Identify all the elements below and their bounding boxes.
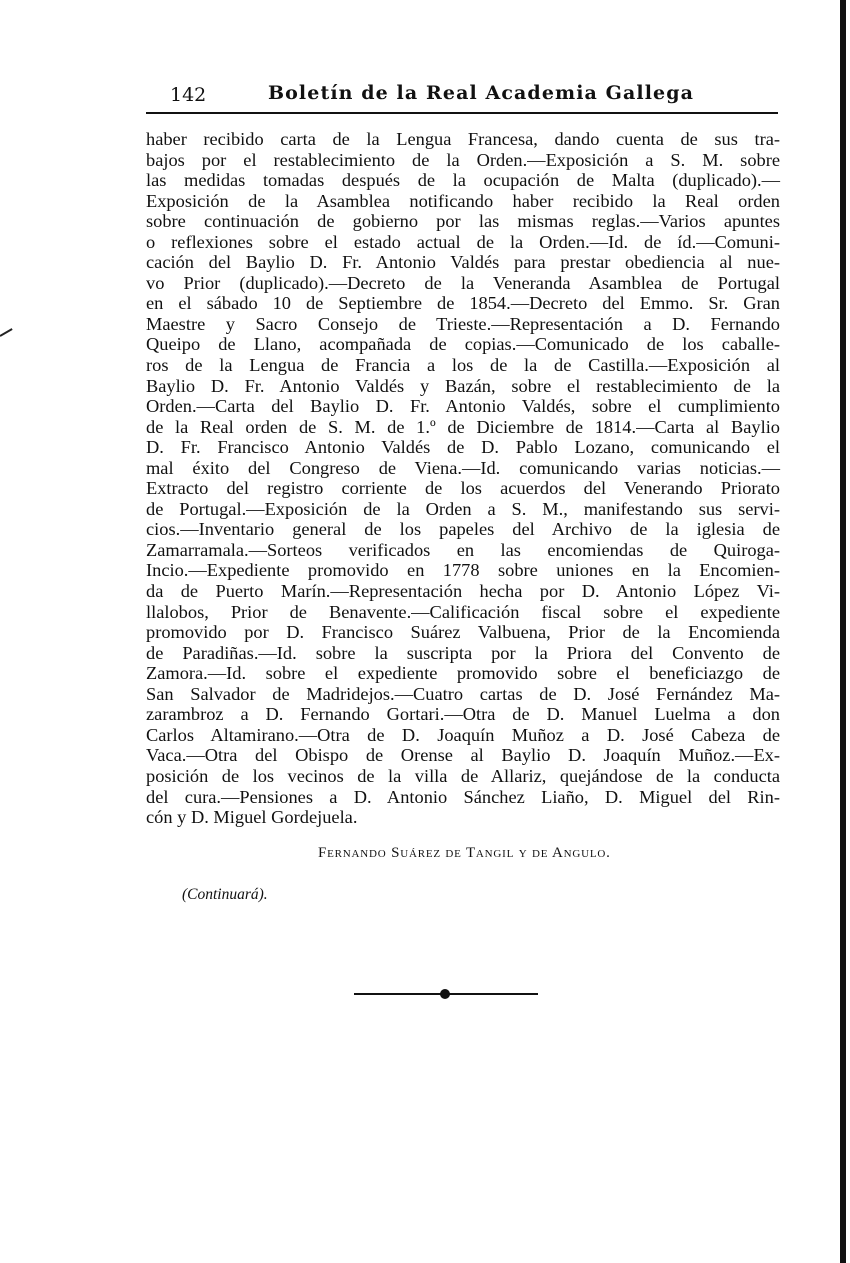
text-line: Carlos Altamirano.—Otra de D. Joaquín Mu… bbox=[146, 725, 780, 746]
continuation-note: (Continuará). bbox=[182, 886, 268, 904]
text-line: cón y D. Miguel Gordejuela. bbox=[146, 807, 780, 828]
header-rule-divider bbox=[146, 112, 778, 114]
running-title: Boletín de la Real Academia Gallega bbox=[268, 82, 694, 104]
text-line: zarambroz a D. Fernando Gortari.—Otra de… bbox=[146, 704, 780, 725]
text-line: Extracto del registro corriente de los a… bbox=[146, 478, 780, 499]
margin-pencil-mark bbox=[0, 328, 13, 337]
text-line: Zamora.—Id. sobre el expediente promovid… bbox=[146, 663, 780, 684]
text-line: Vaca.—Otra del Obispo de Orense al Bayli… bbox=[146, 745, 780, 766]
page-header: 142 Boletín de la Real Academia Gallega bbox=[146, 80, 778, 114]
text-line: de Paradiñas.—Id. sobre la suscripta por… bbox=[146, 643, 780, 664]
text-line: de Portugal.—Exposición de la Orden a S.… bbox=[146, 499, 780, 520]
text-line: llalobos, Prior de Benavente.—Calificaci… bbox=[146, 602, 780, 623]
ornament-divider-icon bbox=[354, 989, 538, 999]
text-line: Queipo de Llano, acompañada de copias.—C… bbox=[146, 334, 780, 355]
text-line: de la Real orden de S. M. de 1.º de Dici… bbox=[146, 417, 780, 438]
text-line: Incio.—Expediente promovido en 1778 sobr… bbox=[146, 560, 780, 581]
scan-edge-border bbox=[840, 0, 846, 1263]
text-line: D. Fr. Francisco Antonio Valdés de D. Pa… bbox=[146, 437, 780, 458]
text-line: Orden.—Carta del Baylio D. Fr. Antonio V… bbox=[146, 396, 780, 417]
text-line: San Salvador de Madridejos.—Cuatro carta… bbox=[146, 684, 780, 705]
text-line: mal éxito del Congreso de Viena.—Id. com… bbox=[146, 458, 780, 479]
text-line: vo Prior (duplicado).—Decreto de la Vene… bbox=[146, 273, 780, 294]
body-paragraph: haber recibido carta de la Lengua France… bbox=[146, 129, 780, 828]
author-signature: Fernando Suárez de Tangil y de Angulo. bbox=[318, 845, 611, 862]
ornament-dot-icon bbox=[440, 989, 450, 999]
text-line: cios.—Inventario general de los papeles … bbox=[146, 519, 780, 540]
text-line: Exposición de la Asamblea notificando ha… bbox=[146, 191, 780, 212]
text-line: en el sábado 10 de Septiembre de 1854.—D… bbox=[146, 293, 780, 314]
text-line: del cura.—Pensiones a D. Antonio Sánchez… bbox=[146, 787, 780, 808]
page-number: 142 bbox=[170, 84, 206, 106]
text-line: sobre continuación de gobierno por las m… bbox=[146, 211, 780, 232]
text-line: o reflexiones sobre el estado actual de … bbox=[146, 232, 780, 253]
text-line: cación del Baylio D. Fr. Antonio Valdés … bbox=[146, 252, 780, 273]
text-line: Baylio D. Fr. Antonio Valdés y Bazán, so… bbox=[146, 376, 780, 397]
text-line: haber recibido carta de la Lengua France… bbox=[146, 129, 780, 150]
text-line: Zamarramala.—Sorteos verificados en las … bbox=[146, 540, 780, 561]
text-line: posición de los vecinos de la villa de A… bbox=[146, 766, 780, 787]
text-line: Maestre y Sacro Consejo de Trieste.—Repr… bbox=[146, 314, 780, 335]
text-line: ros de la Lengua de Francia a los de la … bbox=[146, 355, 780, 376]
text-line: las medidas tomadas después de la ocupac… bbox=[146, 170, 780, 191]
text-line: promovido por D. Francisco Suárez Valbue… bbox=[146, 622, 780, 643]
text-line: bajos por el restablecimiento de la Orde… bbox=[146, 150, 780, 171]
text-line: da de Puerto Marín.—Representación hecha… bbox=[146, 581, 780, 602]
scanned-page: 142 Boletín de la Real Academia Gallega … bbox=[0, 0, 850, 1263]
